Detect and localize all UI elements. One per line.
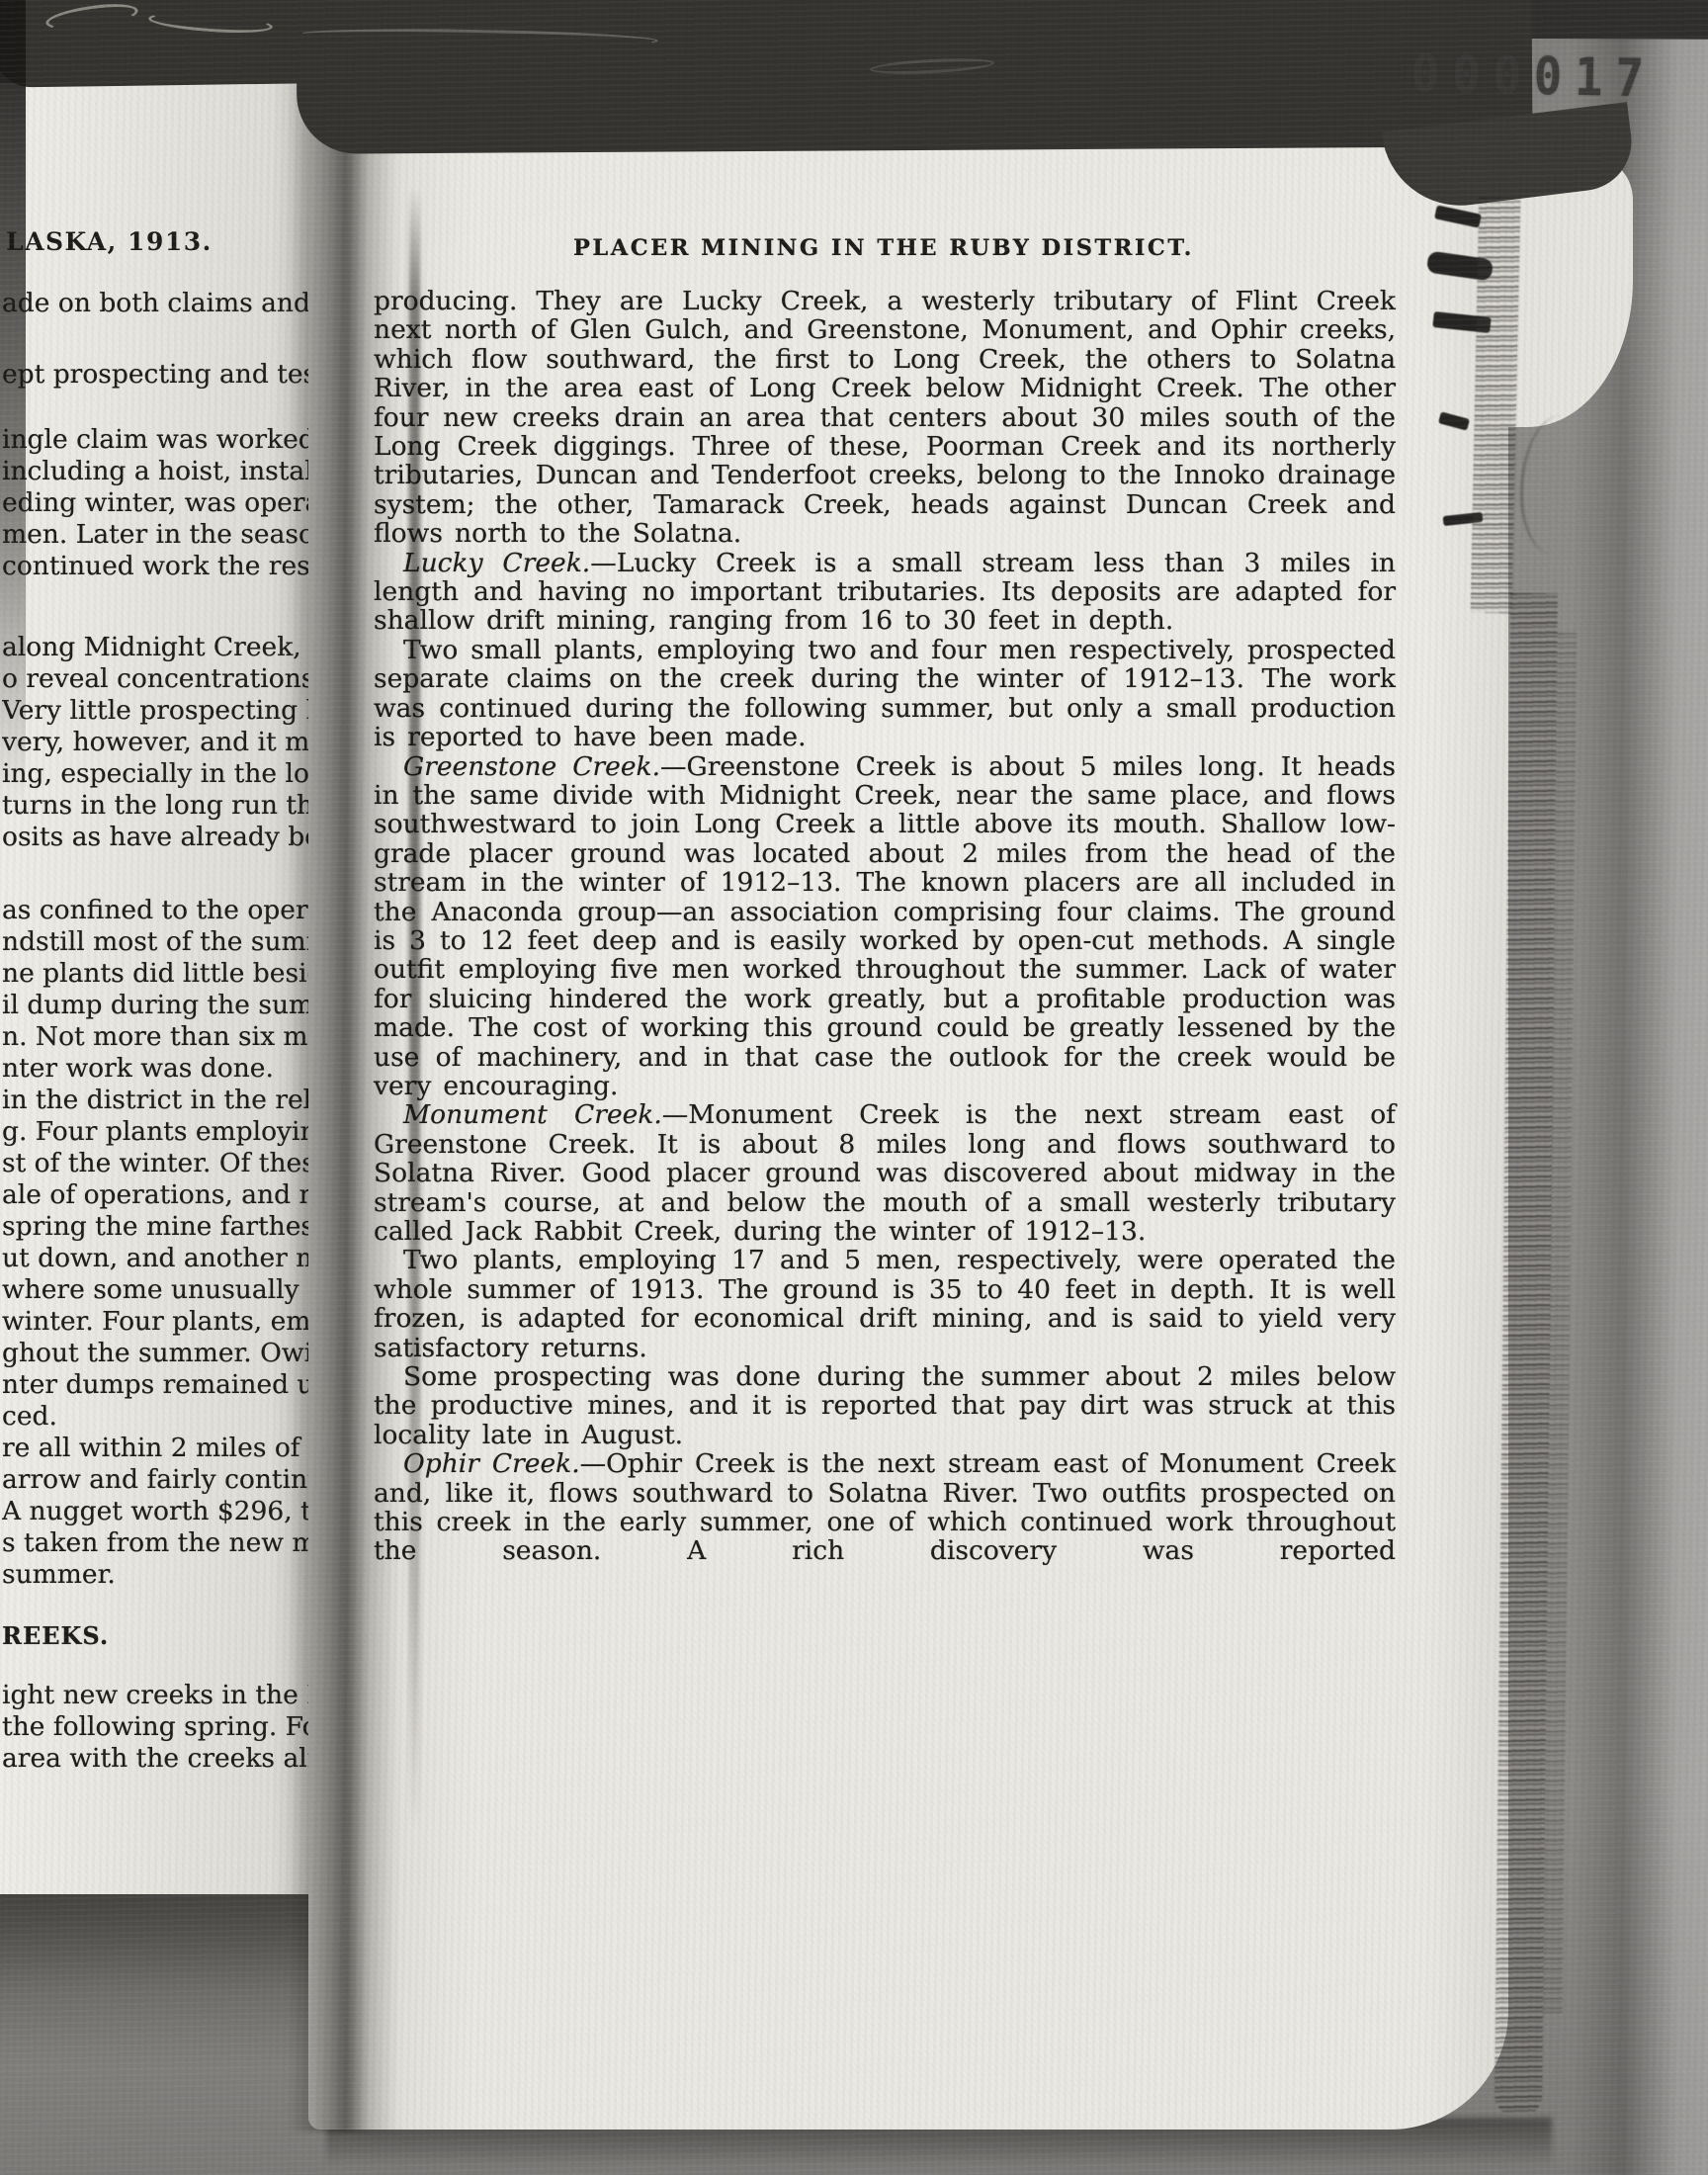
creek-section-lead: Ophir Creek. [403,1448,580,1479]
left-text-line: ut down, and another mine [2,1243,308,1274]
left-text-line: in the district in the rela- [2,1085,308,1116]
left-text-line: along Midnight Creek, the [2,632,308,663]
right-page-paragraphs: producing. They are Lucky Creek, a weste… [374,287,1396,1566]
paragraph: Ophir Creek.—Ophir Creek is the next str… [374,1449,1396,1566]
left-text-line: spring the mine farthest [2,1211,308,1243]
left-text-line: the following spring. Four [2,1711,308,1743]
paragraph: Greenstone Creek.—Greenstone Creek is ab… [374,752,1396,1101]
creek-section-lead: Greenstone Creek. [403,751,660,782]
left-text-line: ced. [2,1401,308,1433]
running-header-title: PLACER MINING IN THE RUBY DISTRICT. [573,235,1194,261]
top-dark-band-center [296,0,1532,154]
right-header-row: PLACER MINING IN THE RUBY DISTRICT. 367 [374,235,1394,269]
left-text-line: il dump during the summer [2,990,308,1021]
scanned-book-page: LASKA, 1913. ade on both claims and thee… [0,0,1708,2175]
spine-gutter-shadow [289,79,399,2131]
paragraph: Two plants, employing 17 and 5 men, resp… [374,1246,1396,1362]
left-text-line: osits as have already been [2,822,308,853]
left-text-line: ingle claim was worked on [2,424,308,456]
left-text-line: very, however, and it may [2,727,308,758]
left-page-lines: ade on both claims and theept prospectin… [0,288,308,1775]
left-text-line: ing, especially in the lower [2,758,308,790]
left-text-line: including a hoist, installed [2,456,308,487]
left-text-line: ade on both claims and the [2,288,308,319]
left-text-line: as confined to the operation [2,895,308,926]
film-frame-number-stamp: 000017 [1410,43,1657,110]
left-text-line: ne plants did little besides [2,958,308,990]
left-text-line: Very little prospecting has [2,695,308,727]
paragraph: Lucky Creek.—Lucky Creek is a small stre… [374,549,1396,636]
left-text-line: arrow and fairly continuous. [2,1464,308,1496]
gutter-ink-streak [409,188,420,1829]
left-text-line: nter dumps remained until [2,1369,308,1401]
left-section-heading: REEKS. [2,1620,308,1652]
left-text-line: summer. [2,1559,308,1591]
right-page: PLACER MINING IN THE RUBY DISTRICT. 367 … [308,107,1508,2130]
left-text-line: men. Later in the season [2,519,308,551]
left-text-line: n. Not more than six men [2,1021,308,1053]
left-text-line: ight new creeks in the Ruby [2,1680,308,1711]
creek-section-lead: Monument Creek. [403,1099,662,1130]
left-text-line: A nugget worth $296, the [2,1496,308,1527]
left-text-line: st of the winter. Of these, [2,1148,308,1179]
left-text-line: ghout the summer. Owing [2,1338,308,1369]
left-text-line: ndstill most of the summer [2,926,308,958]
left-text-line: nter work was done. [2,1053,308,1085]
left-text-line: o reveal concentrations rich [2,663,308,695]
left-text-line: winter. Four plants, em- [2,1306,308,1338]
creek-section-lead: Lucky Creek. [403,548,590,578]
paragraph: Some prospecting was done during the sum… [374,1362,1396,1449]
page-edge-smudge-strip [1471,198,1521,614]
left-edge-shadow [0,0,26,850]
left-text-line: re all within 2 miles of the [2,1433,308,1464]
left-text-line: ale of operations, and made [2,1179,308,1211]
left-text-line: continued work the rest of [2,551,308,582]
left-text-line: eding winter, was operated [2,487,308,519]
left-text-line: ept prospecting and testing [2,359,308,391]
left-text-line: s taken from the new mine [2,1527,308,1559]
paragraph: producing. They are Lucky Creek, a weste… [374,287,1396,549]
left-text-line: g. Four plants employing [2,1116,308,1148]
left-text-line: area with the creeks already [2,1743,308,1775]
left-page-column: LASKA, 1913. ade on both claims and thee… [0,227,308,1775]
paragraph: Monument Creek.—Monument Creek is the ne… [374,1100,1396,1246]
left-text-line: where some unusually good [2,1274,308,1306]
left-text-line: turns in the long run than [2,790,308,822]
paragraph: Two small plants, employing two and four… [374,636,1396,752]
left-page: LASKA, 1913. ade on both claims and thee… [0,83,308,1894]
left-running-header: LASKA, 1913. [6,227,308,256]
